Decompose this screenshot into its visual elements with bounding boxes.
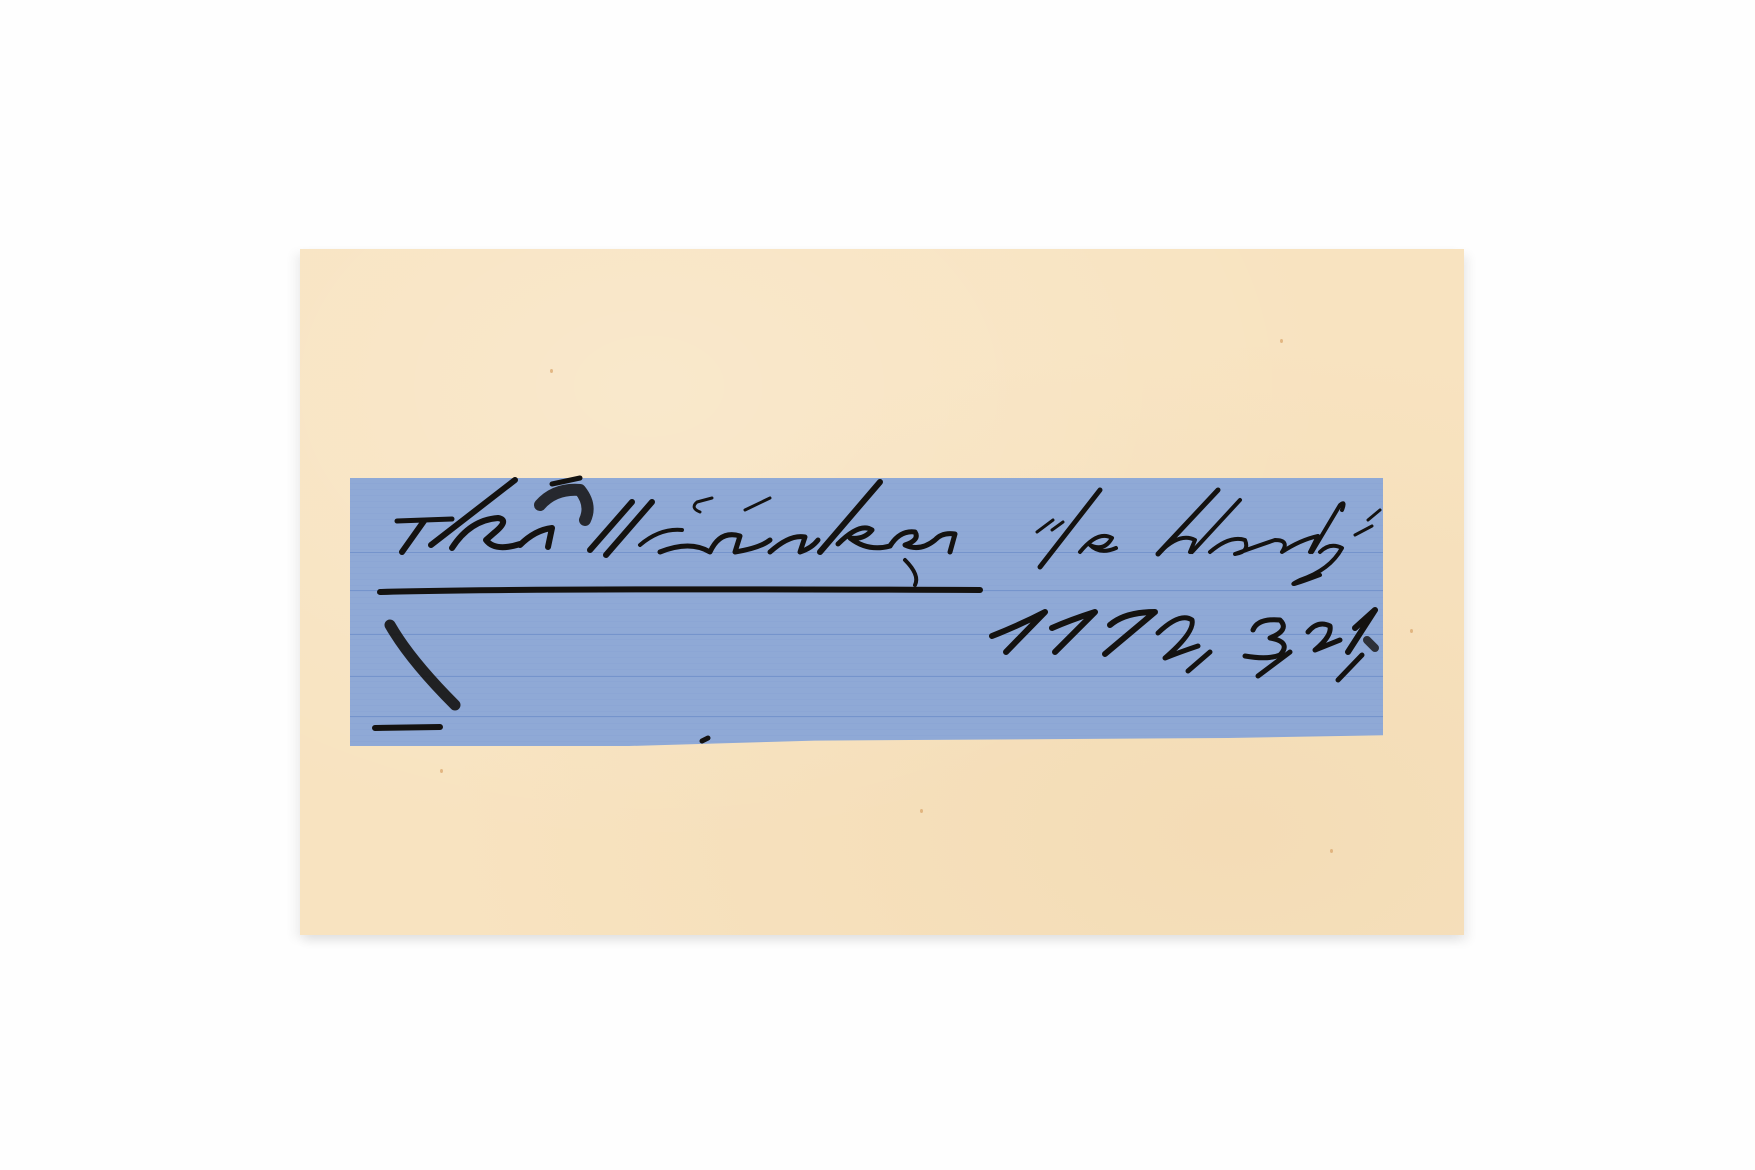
blue-paper-strip bbox=[350, 478, 1383, 746]
